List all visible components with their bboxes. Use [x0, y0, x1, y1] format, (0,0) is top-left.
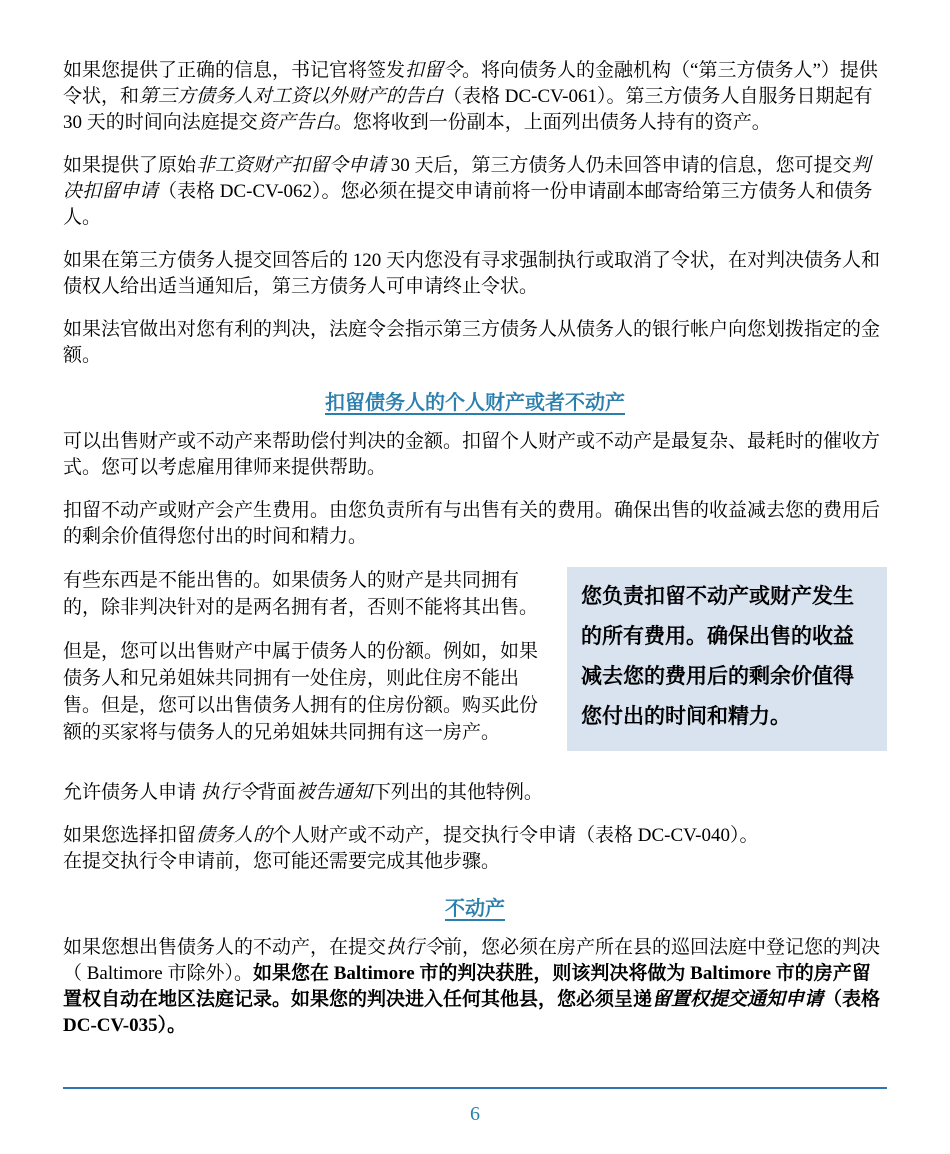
- paragraph-120-days: 如果在第三方债务人提交回答后的 120 天内您没有寻求强制执行或取消了令状，在对…: [63, 248, 887, 300]
- paragraph-costs: 扣留不动产或财产会产生费用。由您负责所有与出售有关的费用。确保出售的收益减去您的…: [63, 498, 887, 550]
- page-footer: 6: [63, 1087, 887, 1126]
- paragraph-baltimore-lien: 如果您想出售债务人的不动产，在提交执行令前，您必须在房产所在县的巡回法庭中登记您…: [63, 935, 887, 1039]
- left-column: 有些东西是不能出售的。如果债务人的财产是共同拥有的，除非判决针对的是两名拥有者，…: [63, 567, 541, 763]
- document-body: 如果您提供了正确的信息，书记官将签发扣留令。将向债务人的金融机构（“第三方债务人…: [63, 58, 887, 1056]
- paragraph-sell-share: 但是，您可以出售财产中属于债务人的份额。例如，如果债务人和兄弟姐妹共同拥有一处住…: [63, 638, 541, 746]
- section-heading-real-property: 不动产: [63, 892, 887, 921]
- paragraph-exemptions: 允许债务人申请 执行令背面被告通知下列出的其他特例。: [63, 780, 887, 806]
- two-column-section: 有些东西是不能出售的。如果债务人的财产是共同拥有的，除非判决针对的是两名拥有者，…: [63, 567, 887, 763]
- paragraph-favorable-judgment: 如果法官做出对您有利的判决，法庭令会指示第三方债务人从债务人的银行帐户向您划拨指…: [63, 317, 887, 369]
- paragraph-cannot-sell: 有些东西是不能出售的。如果债务人的财产是共同拥有的，除非判决针对的是两名拥有者，…: [63, 567, 541, 621]
- callout-box-costs: 您负责扣留不动产或财产发生的所有费用。确保出售的收益减去您的费用后的剩余价值得您…: [567, 567, 887, 751]
- document-page: 如果您提供了正确的信息，书记官将签发扣留令。将向债务人的金融机构（“第三方债务人…: [0, 0, 950, 1154]
- paragraph-sell-property-intro: 可以出售财产或不动产来帮助偿付判决的金额。扣留个人财产或不动产是最复杂、最耗时的…: [63, 429, 887, 481]
- paragraph-judgment-garnishment-request: 如果提供了原始非工资财产扣留令申请 30 天后，第三方债务人仍未回答申请的信息，…: [63, 153, 887, 231]
- paragraph-garnishment-writ: 如果您提供了正确的信息，书记官将签发扣留令。将向债务人的金融机构（“第三方债务人…: [63, 58, 887, 136]
- paragraph-writ-of-execution-request: 如果您选择扣留债务人的个人财产或不动产，提交执行令申请（表格 DC-CV-040…: [63, 823, 887, 875]
- section-heading-personal-property: 扣留债务人的个人财产或者不动产: [63, 386, 887, 415]
- page-number: 6: [63, 1103, 887, 1126]
- footer-divider: [63, 1087, 887, 1089]
